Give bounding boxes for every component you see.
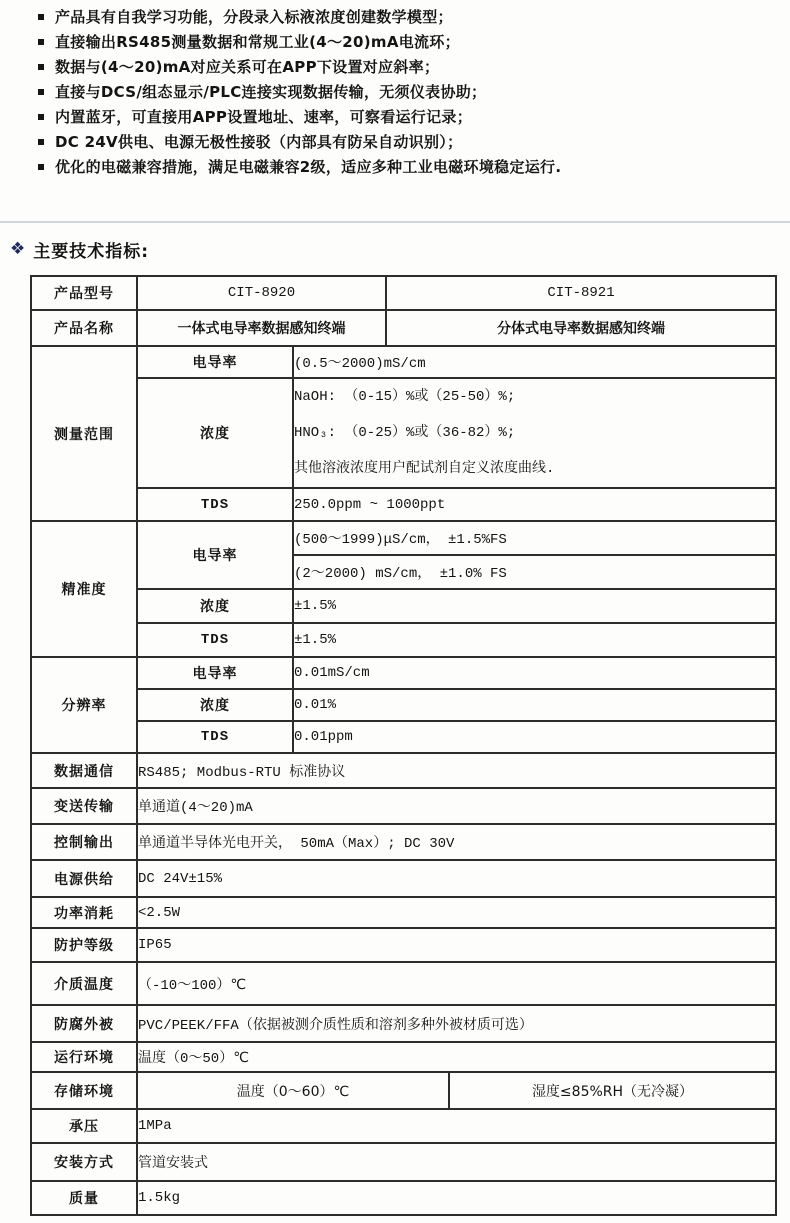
feature-text: 产品具有自我学习功能，分段录入标液浓度创建数学模型； (55, 10, 453, 25)
cell-product-model-b: CIT-8921 (386, 276, 776, 310)
feature-list: 产品具有自我学习功能，分段录入标液浓度创建数学模型； 直接输出RS485测量数据… (0, 0, 790, 175)
cell-simple-label: 控制输出 (31, 824, 137, 860)
table-row: TDS ±1.5% (31, 623, 776, 657)
bullet-square-icon (38, 164, 44, 170)
cell-mr-concentration-value: NaOH: （0-15）%或（25-50）%; HNO₃: （0-25）%或（3… (293, 378, 776, 488)
cell-mr-tds-label: TDS (137, 488, 293, 521)
section-title: 主要技术指标: (33, 237, 149, 262)
table-row: 介质温度 （-10～100）℃ (31, 962, 776, 1005)
cell-mr-concentration-label: 浓度 (137, 378, 293, 488)
cell-acc-tds-value: ±1.5% (293, 623, 776, 657)
concentration-line-hno3: HNO₃: （0-25）%或（36-82）%; (294, 415, 775, 451)
table-row: 承压 1MPa (31, 1109, 776, 1143)
table-row: 安装方式 管道安装式 (31, 1143, 776, 1181)
table-row: 浓度 0.01% (31, 689, 776, 721)
cell-simple-label: 数据通信 (31, 753, 137, 788)
cell-tail-value: 1MPa (137, 1109, 776, 1143)
section-heading: ❖ 主要技术指标: (10, 237, 790, 262)
table-row: 测量范围 电导率 (0.5～2000)mS/cm (31, 346, 776, 378)
table-row: 质量 1.5kg (31, 1181, 776, 1215)
cell-simple-value: RS485; Modbus-RTU 标准协议 (137, 753, 776, 788)
cell-simple-value: （-10～100）℃ (137, 962, 776, 1005)
cell-acc-concentration-value: ±1.5% (293, 589, 776, 623)
table-row: 浓度 NaOH: （0-15）%或（25-50）%; HNO₃: （0-25）%… (31, 378, 776, 488)
table-row: 变送传输 单通道(4～20)mA (31, 788, 776, 824)
cell-res-conductivity-label: 电导率 (137, 657, 293, 689)
cell-tail-value: 1.5kg (137, 1181, 776, 1215)
section-divider (0, 221, 790, 223)
cell-resolution-label: 分辨率 (31, 657, 137, 753)
cell-acc-conductivity-label: 电导率 (137, 521, 293, 589)
cell-tail-label: 承压 (31, 1109, 137, 1143)
cell-res-tds-value: 0.01ppm (293, 721, 776, 753)
feature-item: 内置蓝牙，可直接用APP设置地址、速率，可察看运行记录； (38, 110, 770, 125)
cell-tail-value: 管道安装式 (137, 1143, 776, 1181)
table-row: TDS 0.01ppm (31, 721, 776, 753)
table-row: 电源供给 DC 24V±15% (31, 860, 776, 897)
cell-storage-temp: 温度（0～60）℃ (137, 1072, 449, 1109)
bullet-square-icon (38, 14, 44, 20)
feature-item: 数据与(4～20)mA对应关系可在APP下设置对应斜率； (38, 60, 770, 75)
table-row: 防护等级 IP65 (31, 928, 776, 962)
bullet-square-icon (38, 89, 44, 95)
feature-item: 优化的电磁兼容措施，满足电磁兼容2级，适应多种工业电磁环境稳定运行. (38, 160, 770, 175)
diamond-icon: ❖ (10, 241, 25, 258)
concentration-line-other: 其他溶液浓度用户配试剂自定义浓度曲线. (294, 451, 775, 487)
cell-mr-conductivity-label: 电导率 (137, 346, 293, 378)
table-row: TDS 250.0ppm ~ 1000ppt (31, 488, 776, 521)
cell-product-name-label: 产品名称 (31, 310, 137, 346)
cell-acc-concentration-label: 浓度 (137, 589, 293, 623)
cell-mr-conductivity-value: (0.5～2000)mS/cm (293, 346, 776, 378)
table-row: 存储环境 温度（0～60）℃ 湿度≤85%RH（无冷凝） (31, 1072, 776, 1109)
table-row: 运行环境 温度（0～50）℃ (31, 1042, 776, 1072)
cell-acc-conductivity-value2: (2～2000) mS/cm， ±1.0% FS (293, 555, 776, 589)
cell-mr-tds-value: 250.0ppm ~ 1000ppt (293, 488, 776, 521)
cell-simple-label: 电源供给 (31, 860, 137, 897)
cell-product-model-a: CIT-8920 (137, 276, 386, 310)
cell-product-model-label: 产品型号 (31, 276, 137, 310)
cell-simple-value: <2.5W (137, 897, 776, 928)
table-row: 功率消耗 <2.5W (31, 897, 776, 928)
cell-storage-label: 存储环境 (31, 1072, 137, 1109)
table-row: 产品型号 CIT-8920 CIT-8921 (31, 276, 776, 310)
cell-res-concentration-label: 浓度 (137, 689, 293, 721)
cell-accuracy-label: 精准度 (31, 521, 137, 657)
cell-simple-label: 防护等级 (31, 928, 137, 962)
bullet-square-icon (38, 139, 44, 145)
cell-storage-humidity: 湿度≤85%RH（无冷凝） (449, 1072, 776, 1109)
cell-simple-label: 防腐外被 (31, 1005, 137, 1042)
cell-acc-conductivity-value1: (500～1999)μS/cm， ±1.5%FS (293, 521, 776, 555)
cell-simple-value: IP65 (137, 928, 776, 962)
feature-text: DC 24V供电、电源无极性接驳（内部具有防呆自动识别）； (55, 135, 462, 150)
concentration-line-naoh: NaOH: （0-15）%或（25-50）%; (294, 379, 775, 415)
feature-item: DC 24V供电、电源无极性接驳（内部具有防呆自动识别）； (38, 135, 770, 150)
feature-text: 内置蓝牙，可直接用APP设置地址、速率，可察看运行记录； (55, 110, 472, 125)
table-row: 防腐外被 PVC/PEEK/FFA（依据被测介质性质和溶剂多种外被材质可选） (31, 1005, 776, 1042)
feature-text: 直接输出RS485测量数据和常规工业(4～20)mA电流环； (55, 35, 460, 50)
cell-simple-label: 功率消耗 (31, 897, 137, 928)
cell-simple-label: 变送传输 (31, 788, 137, 824)
feature-text: 优化的电磁兼容措施，满足电磁兼容2级，适应多种工业电磁环境稳定运行. (55, 160, 561, 175)
feature-item: 直接与DCS/组态显示/PLC连接实现数据传输，无须仪表协助； (38, 85, 770, 100)
cell-res-concentration-value: 0.01% (293, 689, 776, 721)
cell-simple-value: PVC/PEEK/FFA（依据被测介质性质和溶剂多种外被材质可选） (137, 1005, 776, 1042)
table-row: 产品名称 一体式电导率数据感知终端 分体式电导率数据感知终端 (31, 310, 776, 346)
cell-simple-label: 运行环境 (31, 1042, 137, 1072)
bullet-square-icon (38, 39, 44, 45)
cell-simple-value: 单通道半导体光电开关， 50mA（Max）; DC 30V (137, 824, 776, 860)
bullet-square-icon (38, 114, 44, 120)
table-row: 控制输出 单通道半导体光电开关， 50mA（Max）; DC 30V (31, 824, 776, 860)
feature-item: 产品具有自我学习功能，分段录入标液浓度创建数学模型； (38, 10, 770, 25)
cell-measuring-range-label: 测量范围 (31, 346, 137, 521)
table-row: 浓度 ±1.5% (31, 589, 776, 623)
cell-simple-value: 温度（0～50）℃ (137, 1042, 776, 1072)
cell-product-name-a: 一体式电导率数据感知终端 (137, 310, 386, 346)
cell-simple-value: 单通道(4～20)mA (137, 788, 776, 824)
datasheet-page: 产品具有自我学习功能，分段录入标液浓度创建数学模型； 直接输出RS485测量数据… (0, 0, 790, 1223)
cell-tail-label: 质量 (31, 1181, 137, 1215)
cell-res-tds-label: TDS (137, 721, 293, 753)
table-row: 数据通信 RS485; Modbus-RTU 标准协议 (31, 753, 776, 788)
table-row: 分辨率 电导率 0.01mS/cm (31, 657, 776, 689)
cell-res-conductivity-value: 0.01mS/cm (293, 657, 776, 689)
feature-text: 直接与DCS/组态显示/PLC连接实现数据传输，无须仪表协助； (55, 85, 486, 100)
cell-product-name-b: 分体式电导率数据感知终端 (386, 310, 776, 346)
spec-table: 产品型号 CIT-8920 CIT-8921 产品名称 一体式电导率数据感知终端… (30, 275, 777, 1216)
table-row: 精准度 电导率 (500～1999)μS/cm， ±1.5%FS (31, 521, 776, 555)
cell-acc-tds-label: TDS (137, 623, 293, 657)
bullet-square-icon (38, 64, 44, 70)
cell-simple-label: 介质温度 (31, 962, 137, 1005)
cell-tail-label: 安装方式 (31, 1143, 137, 1181)
feature-text: 数据与(4～20)mA对应关系可在APP下设置对应斜率； (55, 60, 439, 75)
cell-simple-value: DC 24V±15% (137, 860, 776, 897)
feature-item: 直接输出RS485测量数据和常规工业(4～20)mA电流环； (38, 35, 770, 50)
